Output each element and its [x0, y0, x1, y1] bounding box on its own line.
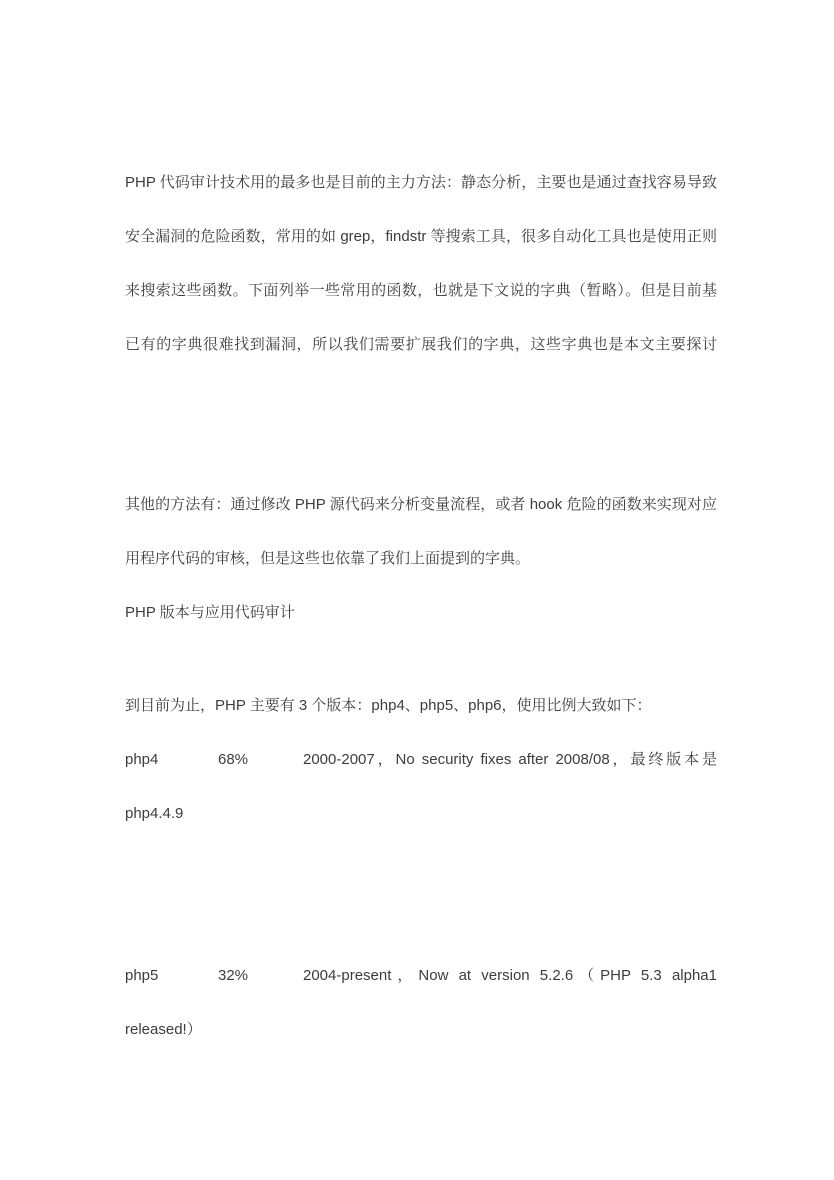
blank-gap — [125, 640, 717, 679]
versions-intro-line: 到目前为止，PHP 主要有 3 个版本：php4、php5、php6，使用比例大… — [125, 679, 717, 733]
text-line: 用程序代码的审核，但是这些也依靠了我们上面提到的字典。 — [125, 532, 717, 586]
version-share: 68% — [218, 733, 303, 787]
paragraph-audit-method: PHP 代码审计技术用的最多也是目前的主力方法：静态分析，主要也是通过查找容易导… — [125, 156, 717, 372]
text-line: PHP 代码审计技术用的最多也是目前的主力方法：静态分析，主要也是通过查找容易导… — [125, 156, 717, 210]
blank-gap — [125, 372, 717, 478]
section-heading-php-versions: PHP 版本与应用代码审计 — [125, 586, 717, 640]
php5-version-continuation: released!） — [125, 1003, 717, 1057]
version-name: php4 — [125, 733, 218, 787]
section-php-versions: 到目前为止，PHP 主要有 3 个版本：php4、php5、php6，使用比例大… — [125, 679, 717, 841]
text-line: 安全漏洞的危险函数，常用的如 grep，findstr 等搜索工具，很多自动化工… — [125, 210, 717, 264]
version-detail: 2000-2007，No security fixes after 2008/0… — [303, 733, 717, 787]
version-name: php5 — [125, 949, 218, 1003]
document-body: PHP 代码审计技术用的最多也是目前的主力方法：静态分析，主要也是通过查找容易导… — [125, 156, 717, 1057]
document-page: PHP 代码审计技术用的最多也是目前的主力方法：静态分析，主要也是通过查找容易导… — [0, 0, 834, 1180]
blank-gap — [125, 841, 717, 949]
php5-version-row: php5 32% 2004-present，Now at version 5.2… — [125, 949, 717, 1003]
text-line: 已有的字典很难找到漏洞，所以我们需要扩展我们的字典，这些字典也是本文主要探讨的。 — [125, 318, 717, 372]
text-line: 其他的方法有：通过修改 PHP 源代码来分析变量流程，或者 hook 危险的函数… — [125, 478, 717, 532]
php5-version-block: php5 32% 2004-present，Now at version 5.2… — [125, 949, 717, 1057]
php4-version-continuation: php4.4.9 — [125, 787, 717, 841]
version-share: 32% — [218, 949, 303, 1003]
version-detail: 2004-present，Now at version 5.2.6（PHP 5.… — [303, 949, 717, 1003]
text-line: 来搜索这些函数。下面列举一些常用的函数，也就是下文说的字典（暂略）。但是目前基本 — [125, 264, 717, 318]
paragraph-other-methods: 其他的方法有：通过修改 PHP 源代码来分析变量流程，或者 hook 危险的函数… — [125, 478, 717, 640]
php4-version-row: php4 68% 2000-2007，No security fixes aft… — [125, 733, 717, 787]
